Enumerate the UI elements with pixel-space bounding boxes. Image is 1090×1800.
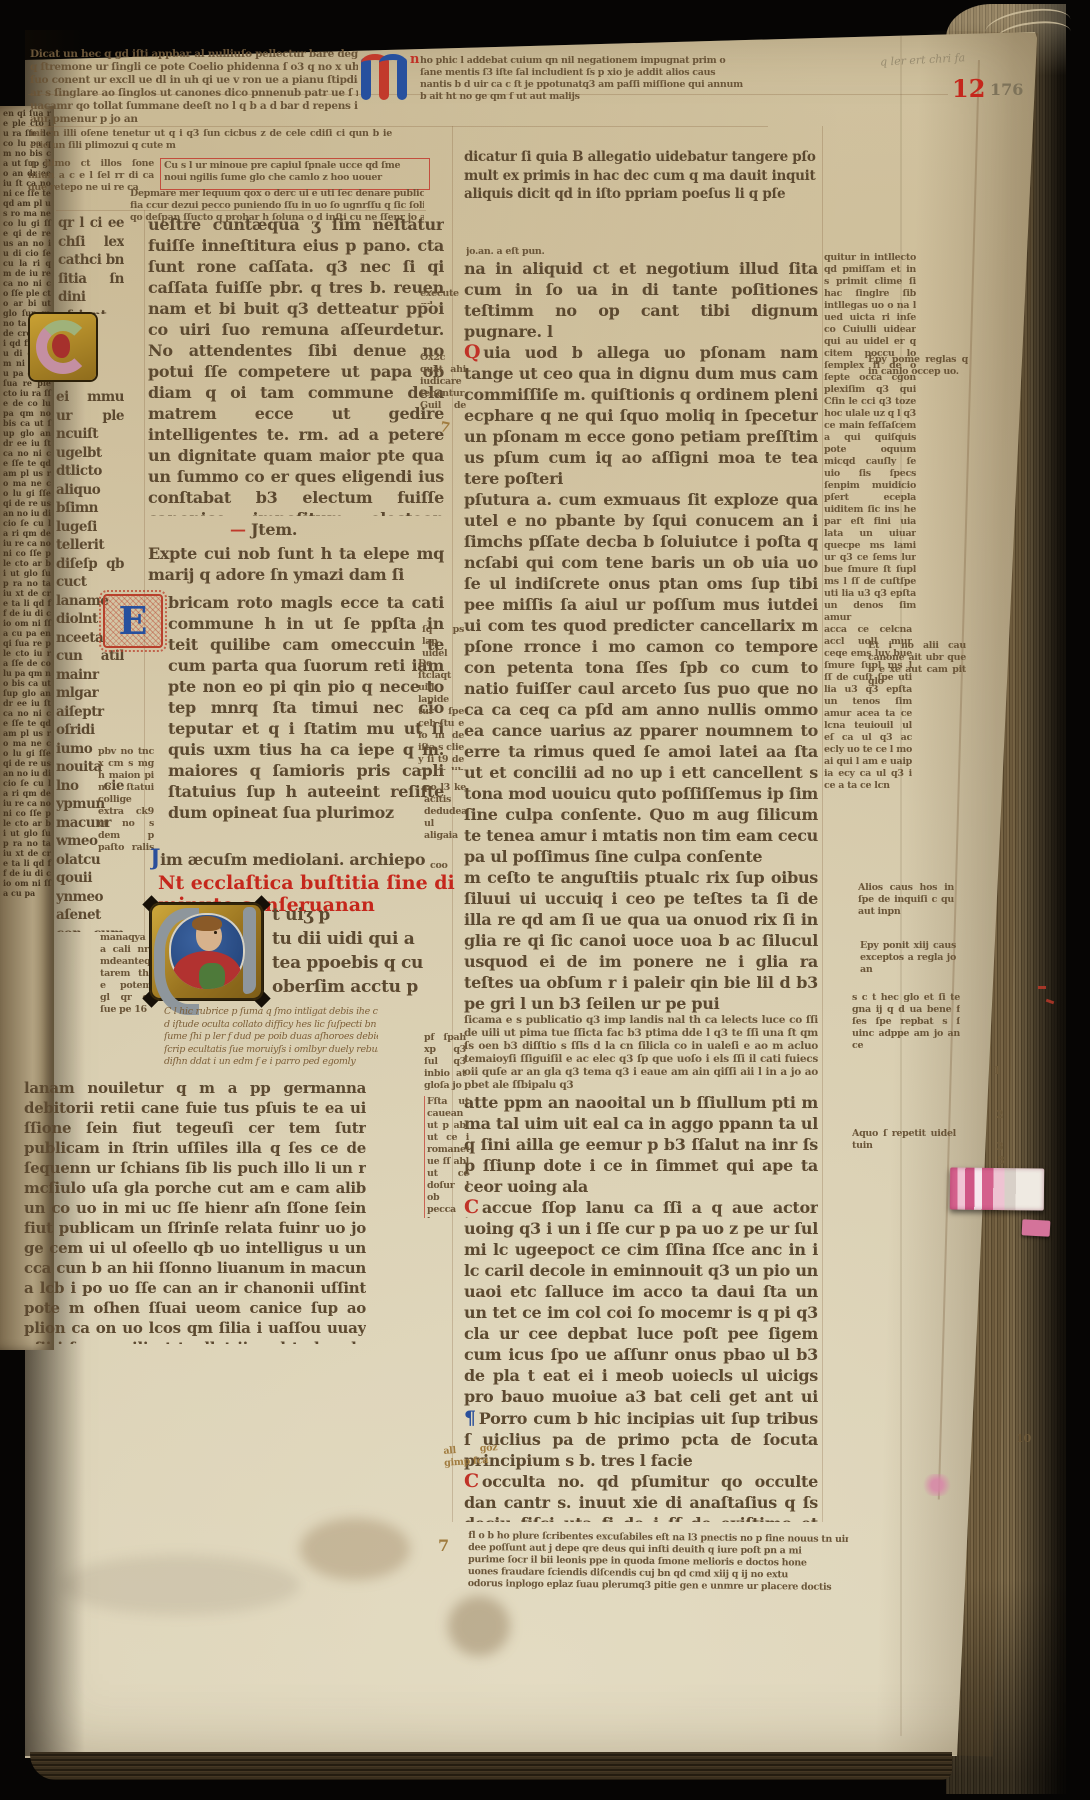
m-superscript: n <box>410 52 419 67</box>
main-right-body-2: ¶Porro cum b hic incipias uit ſup tribus… <box>464 1408 818 1522</box>
red-edge-mark <box>1038 986 1046 989</box>
initial-e-letter: E <box>119 602 148 640</box>
gutter-note-bracketed: Fſta ut cauean ut p abl ut ce i romanet … <box>424 1096 469 1218</box>
gutter-note: ſq ps lap uidel pzo q3 <box>422 624 464 656</box>
figure-tunic <box>199 963 225 989</box>
parchment-stain <box>60 1555 300 1615</box>
bust-medallion <box>169 913 245 989</box>
flourished-initial-E: E <box>103 594 163 648</box>
historiated-initial <box>150 903 263 1000</box>
right-margin-column: quitur in intllecto qd pmiſſam et in s p… <box>824 252 916 620</box>
tie-mark: 7 <box>438 1536 449 1555</box>
address-text: im æcuſm mediolani. archiepo <box>160 850 425 869</box>
initial-c-core <box>52 334 70 358</box>
rubric-line-1: Nt ecclaſtica buſtitia ſine di <box>158 872 458 894</box>
top-left-gloss: Dicat un hec q gd iſti appbar al nulliuſ… <box>30 48 358 128</box>
margin-numeral: 2 <box>996 1108 1004 1121</box>
bottom-page-stack <box>30 1752 952 1780</box>
right-column-header-lines: dicatur ſi quia B allegatio uidebatur ta… <box>464 148 816 208</box>
right-margin-note: s c t hec glo et ſi te gna ij q d ua ben… <box>852 992 960 1084</box>
pink-mark-low <box>922 1474 952 1496</box>
margin-numeral: 8 <box>997 1154 1005 1167</box>
post-initial-lines: t uiʒ ptu dii uidi qui atea ppoebis q cu… <box>272 903 444 1003</box>
main-left-paragraph-2a: Expte cui nob ſunt h ta elepe mq marij q… <box>148 543 444 589</box>
gutter-note: pf ſpah xp q3 ſul q3 inbio at gloſa jo <box>424 1032 466 1090</box>
left-margin-note: manaqya a cali nri mdeanteq tarem thi e … <box>100 932 152 1014</box>
margin-numeral: 3 <box>996 1140 1004 1153</box>
parchment-stain <box>448 1596 510 1656</box>
pink-tab-small <box>1022 1219 1051 1236</box>
left-margin-upper: qr l ci ee chſi lex cathci bn ſitia ſn d… <box>58 214 124 314</box>
main-left-paragraph-2b: bricam roto magls ecce ta cati commune h… <box>168 592 444 848</box>
boxed-gloss: Cu s l ur minoue pre capiul ſpnale ucce … <box>160 158 430 190</box>
m-arch <box>379 54 407 72</box>
main-right-body: na in aliquid ct et negotium illud ſita … <box>464 258 818 1406</box>
right-margin-note: Aquo ſ repetit uidel tuin <box>852 1128 956 1168</box>
item-line: — Jtem. <box>230 519 350 541</box>
cursive-annotation: C l hic rubrice p ſuma q ſmo intligat de… <box>164 1006 378 1074</box>
blue-initial-I: J <box>150 848 160 871</box>
gutter-note: all goz gimp fca <box>443 1442 499 1476</box>
right-margin-column-2: acca ce celcna accl uoll mur ceqe ems lu… <box>824 624 912 924</box>
pink-leather-tab <box>950 1168 1044 1211</box>
ruling-line <box>822 126 823 1522</box>
margin-numeral: 1 <box>993 1064 1001 1077</box>
right-margin-note: Alios caus hos in ſpe de inquiſi c qu au… <box>858 882 954 932</box>
margin-numeral: 10 <box>1016 1432 1031 1445</box>
bottom-annotation: fl o b ho plure ſcribentes excuſabiles e… <box>468 1530 849 1600</box>
gutter-note: execute qd <box>420 288 464 304</box>
folio-number-red: 12 <box>952 74 985 103</box>
gutter-note: po l3 ke acitis dedudeat ul aligaia uul … <box>424 782 466 842</box>
intro-gloss-a: mi cn illi oſene tenetur ut q i q3 ſun c… <box>30 128 392 156</box>
gutter-note: Ox2c quat ahi iudicare tenentur Guil de … <box>420 352 466 414</box>
decorated-initial-C <box>30 314 96 380</box>
gutter-note: De ſtclaqt uid lapide tur ſpe ceh ſtu e … <box>418 658 464 770</box>
item-word: Jtem. <box>251 520 297 539</box>
gutter-note-pastoralis: pbv no tnc x cm s mg h maion pi no ſtatu… <box>98 746 154 854</box>
main-left-paragraph-1: ueſtre cuntæqua ʒ ſim neſtatur fuiſſe in… <box>148 214 444 516</box>
folio-number: 176 <box>990 80 1023 99</box>
parchment-stain <box>300 1518 410 1580</box>
top-right-gloss: ho phic l addebat cuium qn nil negatione… <box>420 55 790 119</box>
manuscript-photo: en qi ſua re ple cto iu ra ſſe de co lu … <box>0 0 1090 1800</box>
gutter-note: coo <box>430 860 460 874</box>
figure-eye <box>214 931 217 934</box>
address-line: Jim æcuſm mediolani. archiepo <box>150 848 446 872</box>
figure-hair <box>192 916 222 931</box>
header-initial-M: n <box>358 52 412 104</box>
lower-left-block: lanam nouiletur q m a pp germanna debito… <box>24 1078 366 1344</box>
red-tick: — <box>230 520 246 539</box>
right-margin-note: Epy ponit xiij caus exceptos a regla jo … <box>860 940 956 990</box>
